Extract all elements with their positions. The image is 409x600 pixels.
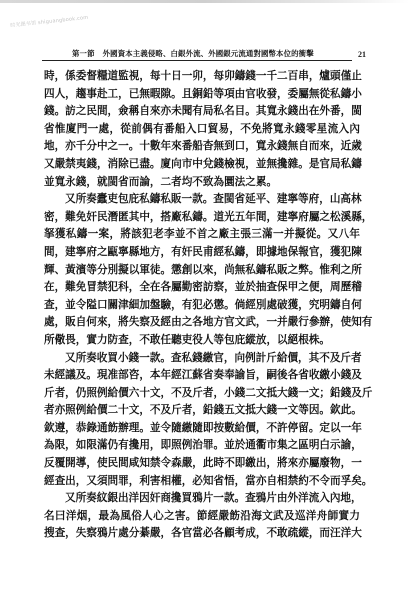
section-label: 第一節 <box>72 49 95 58</box>
text-line: 在，難免冒禁犯科，全在各屬勤密訪察，並於抽查保甲之便，周歷稽 <box>44 279 360 297</box>
text-line: 斤者，仍照例給價六十文，不及斤者，小錢二文抵大錢一文；鉛錢及斤 <box>44 385 360 403</box>
text-line: 為限，如限滿仍有攙用，即照例治罪。並於通衢市集之區明白示諭， <box>44 437 360 455</box>
text-line: 並寬永錢，就閩省而論，二者均不致為圜法之累。 <box>44 174 360 192</box>
text-line: 者亦照例給價二十文，不及斤者，鉛錢五文抵大錢一文等因。欽此。 <box>44 402 360 420</box>
text-line: 欽遵，恭錄通飭辦理。並令隨繳隨即按數給價，不許停留。定以一年 <box>44 420 360 438</box>
text-line: 查，並令隘口關津細加盤驗，有犯必懲。倘經別處破獲，究明鑄自何 <box>44 297 360 315</box>
text-line: 間，建寧府之甌寧縣地方，有奸民甫經私鑄，即據地保報官，獲犯陳 <box>44 244 360 262</box>
watermark: 时光图书馆 shiguangbook.com <box>10 14 89 29</box>
text-line: 密，難免奸民潛匿其中，搭廠私鑄。道光五年間，建寧府屬之松溪縣， <box>44 209 360 227</box>
text-line: 拏獲私鑄一案，將該犯老李並不首之廠主張三滿一并擬從。又八年 <box>44 226 360 244</box>
text-line: 名曰洋烟，最為風俗人心之害。節經嚴飭沿海文武及巡洋舟師實力 <box>44 508 360 526</box>
text-line: 未經議及。現准部咨，本年經江蘇省奏奉諭旨，嗣後各省收繳小錢及 <box>44 367 360 385</box>
text-line: 又所奏蠹吏包庇私鑄私販一款。查閩省延平、建寧等府，山高林 <box>44 191 360 209</box>
header-rule <box>42 60 352 61</box>
body-text: 時，係委督糧道監視，每十日一卯，每卯鑄錢一千二百串，爐頭僅止四人，趨事赴工，已無… <box>44 68 360 543</box>
running-head: 第一節外國資本主義侵略、白銀外流、外國銀元流通對國幣本位的衝擊 21 <box>42 45 360 59</box>
text-line: 反覆開導，使民間咸知禁令森嚴，此時不即繳出，將來亦屬廢物，一 <box>44 455 360 473</box>
text-line: 經查出，又須問罪，利害相權，必知省悟，當亦自相禁約不令而孚矣。 <box>44 473 360 491</box>
page-number: 21 <box>358 50 366 59</box>
section-title: 外國資本主義侵略、白銀外流、外國銀元流通對國幣本位的衝擊 <box>103 49 314 58</box>
text-line: 地，亦千分中之一。十數年來番船杳無到口，寬永錢無自而來，近歲 <box>44 138 360 156</box>
text-line: 時，係委督糧道監視，每十日一卯，每卯鑄錢一千二百串，爐頭僅止 <box>44 68 360 86</box>
scan-top-edge <box>0 0 409 3</box>
chapter-title: 第一節外國資本主義侵略、白銀外流、外國銀元流通對國幣本位的衝擊 <box>72 48 314 59</box>
text-line: 所儆畏，實力防查，不敢任聽吏役人等包庇縱放，以絕根株。 <box>44 332 360 350</box>
text-line: 四人，趨事赴工，已無暇隙。且銅鉛等項由官收發，委屬無從私鑄小 <box>44 86 360 104</box>
text-line: 錢。訪之民間，僉稱自來亦未聞有局私名目。其寬永錢出在外番，閩 <box>44 103 360 121</box>
text-line: 又所奏紋銀出洋因奸商攙買鴉片一款。查鴉片由外洋流入內地， <box>44 490 360 508</box>
text-line: 又所奏收買小錢一款。查私錢繳官，向例計斤給價，其不及斤者 <box>44 350 360 368</box>
text-line: 處，販自何來，將失察及經由之各地方官文武，一并嚴行參辦，使知有 <box>44 314 360 332</box>
text-line: 又嚴禁夷錢，消除已盡。廈向市中兌錢檢視，並無攙雜。是官局私鑄 <box>44 156 360 174</box>
text-line: 省惟廈門一處，從前偶有番船入口貿易，不免將寬永錢零星流入內 <box>44 121 360 139</box>
text-line: 輝、黃濱等分別擬以軍徒。懲創以來，尚無私鑄私販之弊。惟利之所 <box>44 262 360 280</box>
text-line: 搜查，失察鴉片處分綦嚴，各官當必各顧考成，不敢疏縱，而汪洋大 <box>44 525 360 543</box>
